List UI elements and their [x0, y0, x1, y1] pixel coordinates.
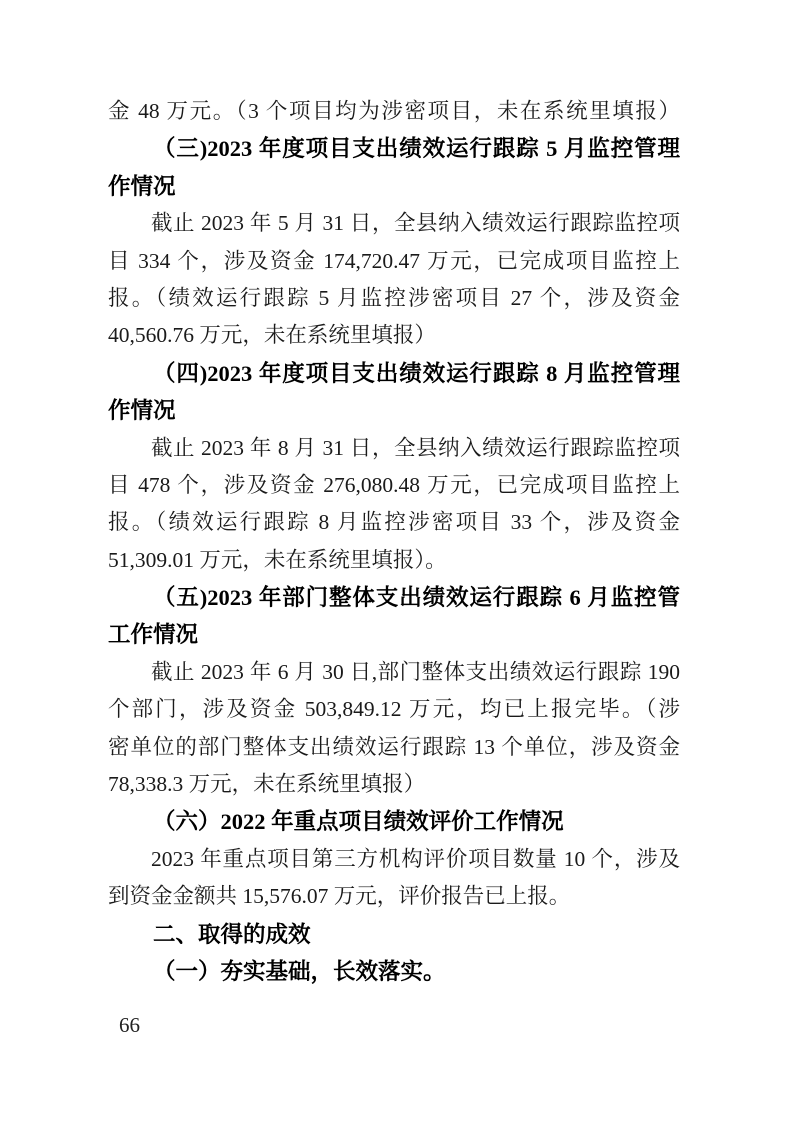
body-line: 78,338.3 万元，未在系统里填报）	[108, 766, 680, 803]
body-line: 40,560.76 万元，未在系统里填报）	[108, 317, 680, 354]
document-page: 金 48 万元。（3 个项目均为涉密项目，未在系统里填报） （三)2023 年度…	[0, 0, 793, 1122]
section-heading-line: 作情况	[108, 392, 680, 429]
section-heading-line: （六）2022 年重点项目绩效评价工作情况	[108, 803, 680, 840]
section-heading-line: 二、取得的成效	[108, 916, 680, 953]
page-number: 66	[119, 1011, 140, 1039]
body-line: 2023 年重点项目第三方机构评价项目数量 10 个，涉及	[108, 841, 680, 878]
body-line: 截止 2023 年 5 月 31 日，全县纳入绩效运行跟踪监控项	[108, 205, 680, 242]
section-heading-line: （四)2023 年度项目支出绩效运行跟踪 8 月监控管理工	[108, 355, 680, 392]
body-line: 报。（绩效运行跟踪 8 月监控涉密项目 33 个，涉及资金	[108, 504, 680, 541]
section-heading-line: （五)2023 年部门整体支出绩效运行跟踪 6 月监控管理	[108, 579, 680, 616]
body-line: 目 334 个，涉及资金 174,720.47 万元，已完成项目监控上	[108, 243, 680, 280]
section-heading-line: 工作情况	[108, 616, 680, 653]
body-line: 截止 2023 年 6 月 30 日,部门整体支出绩效运行跟踪 190	[108, 654, 680, 691]
section-heading-line: （一）夯实基础，长效落实。	[108, 953, 680, 990]
section-heading-line: 作情况	[108, 168, 680, 205]
body-line: 51,309.01 万元，未在系统里填报）。	[108, 542, 680, 579]
text-block: 金 48 万元。（3 个项目均为涉密项目，未在系统里填报） （三)2023 年度…	[108, 93, 680, 990]
body-line: 密单位的部门整体支出绩效运行跟踪 13 个单位，涉及资金	[108, 729, 680, 766]
section-heading-line: （三)2023 年度项目支出绩效运行跟踪 5 月监控管理工	[108, 130, 680, 167]
body-line: 个部门，涉及资金 503,849.12 万元，均已上报完毕。（涉	[108, 691, 680, 728]
body-line: 报。（绩效运行跟踪 5 月监控涉密项目 27 个，涉及资金	[108, 280, 680, 317]
body-line: 金 48 万元。（3 个项目均为涉密项目，未在系统里填报）	[108, 93, 680, 130]
body-line: 目 478 个，涉及资金 276,080.48 万元，已完成项目监控上	[108, 467, 680, 504]
body-line: 到资金金额共 15,576.07 万元，评价报告已上报。	[108, 878, 680, 915]
body-line: 截止 2023 年 8 月 31 日，全县纳入绩效运行跟踪监控项	[108, 430, 680, 467]
